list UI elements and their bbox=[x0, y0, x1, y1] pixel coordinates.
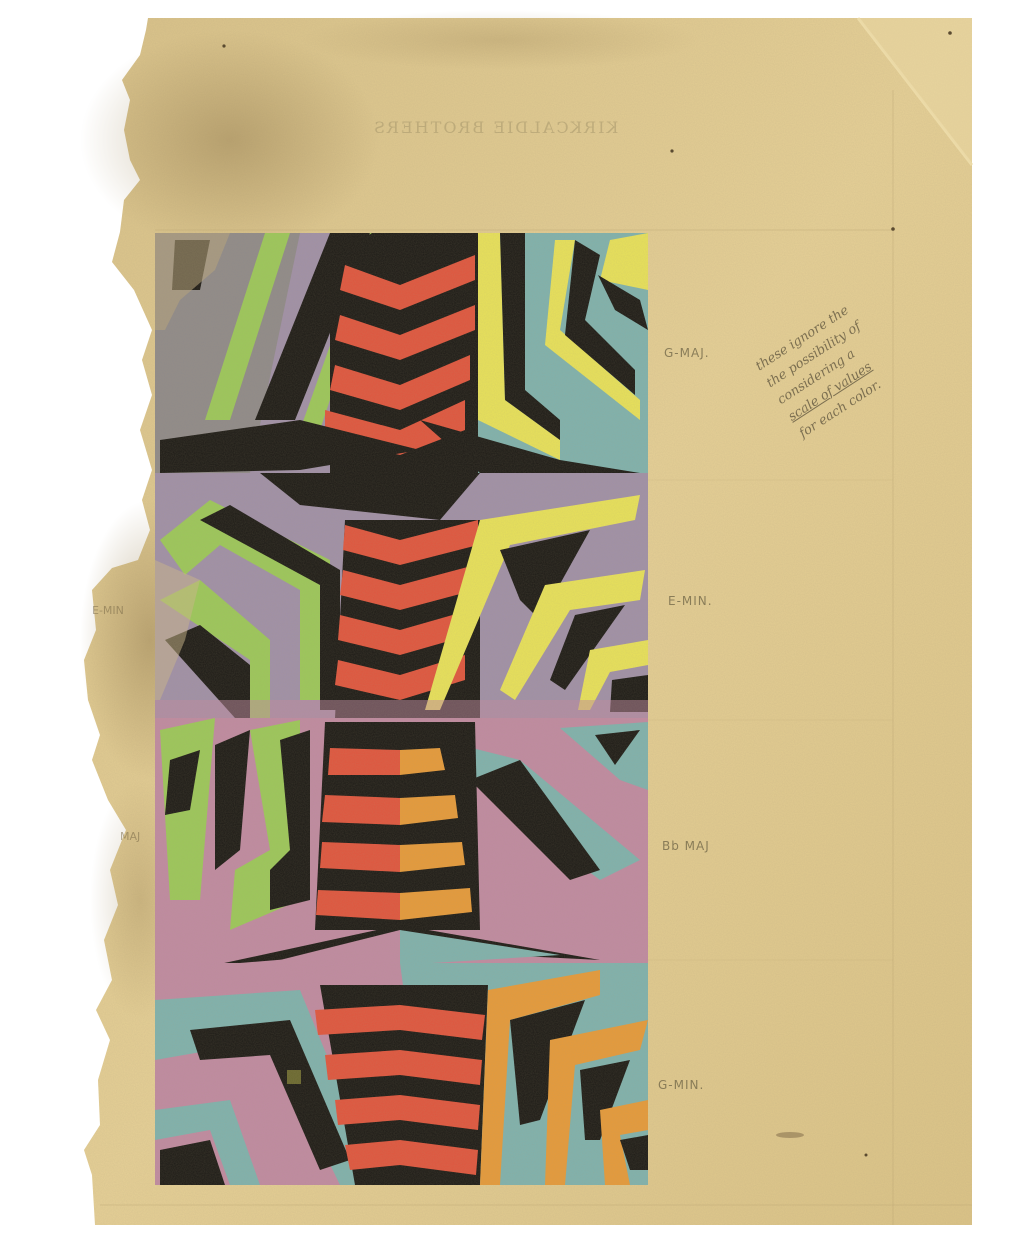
key-label-b-flat-major: Bb MAJ bbox=[662, 839, 710, 853]
geometric-drawing bbox=[155, 233, 648, 1185]
left-edge-label-e-minor: E-MIN bbox=[92, 604, 124, 617]
key-label-e-minor: E-MIN. bbox=[668, 594, 713, 608]
artwork-image: KIRKCALDIE BROTHERS G-MAJ. E-MIN. Bb MAJ… bbox=[0, 0, 1026, 1248]
left-edge-label-major: MAJ bbox=[120, 830, 140, 843]
letterhead-mirrored: KIRKCALDIE BROTHERS bbox=[372, 118, 618, 137]
key-label-g-minor: G-MIN. bbox=[658, 1078, 704, 1092]
key-label-g-major: G-MAJ. bbox=[664, 346, 710, 360]
paper-sheet bbox=[0, 0, 1026, 1248]
